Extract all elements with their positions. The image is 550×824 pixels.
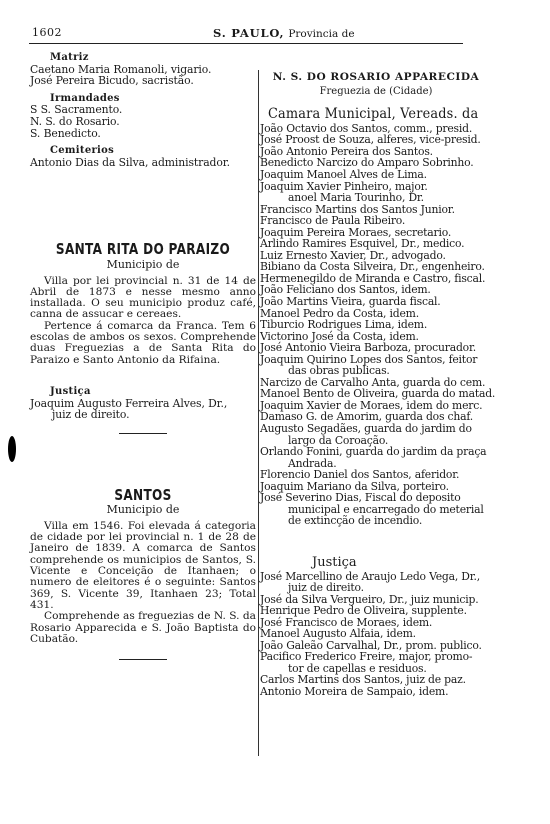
camara-list: João Octavio dos Santos, comm., presid.J… [260,123,492,527]
camara-member-line: Francisco de Paula Ribeiro. [260,215,492,227]
santos-paragraph: Comprehende as freguezias de N. S. da Ro… [30,611,256,645]
santa-rita-justica-heading: Justiça [30,386,256,398]
justica-heading: Justiça [312,557,492,569]
santa-rita-paragraph: Villa por lei provincial n. 31 de 14 de … [30,276,256,321]
santos-subtitle: Municipio de [30,504,256,516]
running-subtitle: Provincia de [288,28,354,40]
camara-member-line: Joaquim Manoel Alves de Lima. [260,169,492,181]
page-number: 1602 [32,26,62,40]
matriz-heading: Matriz [30,52,256,64]
irmandade-line: S. Benedicto. [30,128,256,140]
justica-member-line: Henrique Pedro de Oliveira, supplente. [260,605,492,617]
santos-title: SANTOS [55,490,231,502]
camara-member-line: Augusto Segadães, guarda do jardim do [260,423,492,435]
santos-paragraph: Villa em 1546. Foi elevada á categoria d… [30,521,256,611]
camara-member-line: anoel Maria Tourinho, Dr. [260,192,492,204]
page-header: 1602 S. PAULO,Provincia de [30,26,462,42]
running-title: S. PAULO, [213,26,284,40]
parish-subtitle: Freguezia de (Cidade) [260,86,492,98]
header-rule [29,43,463,44]
camara-member-line: Florencio Daniel dos Santos, aferidor. [260,469,492,481]
column-divider [258,70,259,756]
document-page: 1602 S. PAULO,Provincia de Matriz Caetan… [0,0,550,824]
camara-member-line: João Martins Vieira, guarda fiscal. [260,296,492,308]
camara-heading: Camara Municipal, Vereads. da [268,109,474,121]
camara-member-line: José Antonio Vieira Barboza, procurador. [260,342,492,354]
camara-member-line: Tiburcio Rodrigues Lima, idem. [260,319,492,331]
santa-rita-subtitle: Municipio de [30,259,256,271]
irmandade-line: N. S. do Rosario. [30,116,256,128]
cemiterio-line: Antonio Dias da Silva, administrador. [30,157,256,169]
justica-list: José Marcellino de Araujo Ledo Vega, Dr.… [260,571,492,698]
cemiterios-heading: Cemiterios [30,145,256,157]
running-head: S. PAULO,Provincia de [213,26,355,41]
ink-blot [8,436,16,462]
santa-rita-paragraph: Pertence á comarca da Franca. Tem 6 esco… [30,321,256,366]
right-column: N. S. DO ROSARIO APPARECIDA Freguezia de… [260,52,492,698]
santa-rita-title: SANTA RITA DO PARAIZO [55,244,231,256]
justica-line: juiz de direito. [30,409,256,421]
justica-member-line: juiz de direito. [260,582,492,594]
section-separator [119,659,167,660]
camara-member-line: de extincção de incendio. [260,515,492,527]
justica-member-line: Antonio Moreira de Sampaio, idem. [260,686,492,698]
matriz-line: José Pereira Bicudo, sacristão. [30,75,256,87]
left-column: Matriz Caetano Maria Romanoli, vigario. … [30,46,256,660]
parish-title: N. S. DO ROSARIO APPARECIDA [260,72,492,84]
camara-member-line: Orlando Fonini, guarda do jardim da praç… [260,446,492,458]
